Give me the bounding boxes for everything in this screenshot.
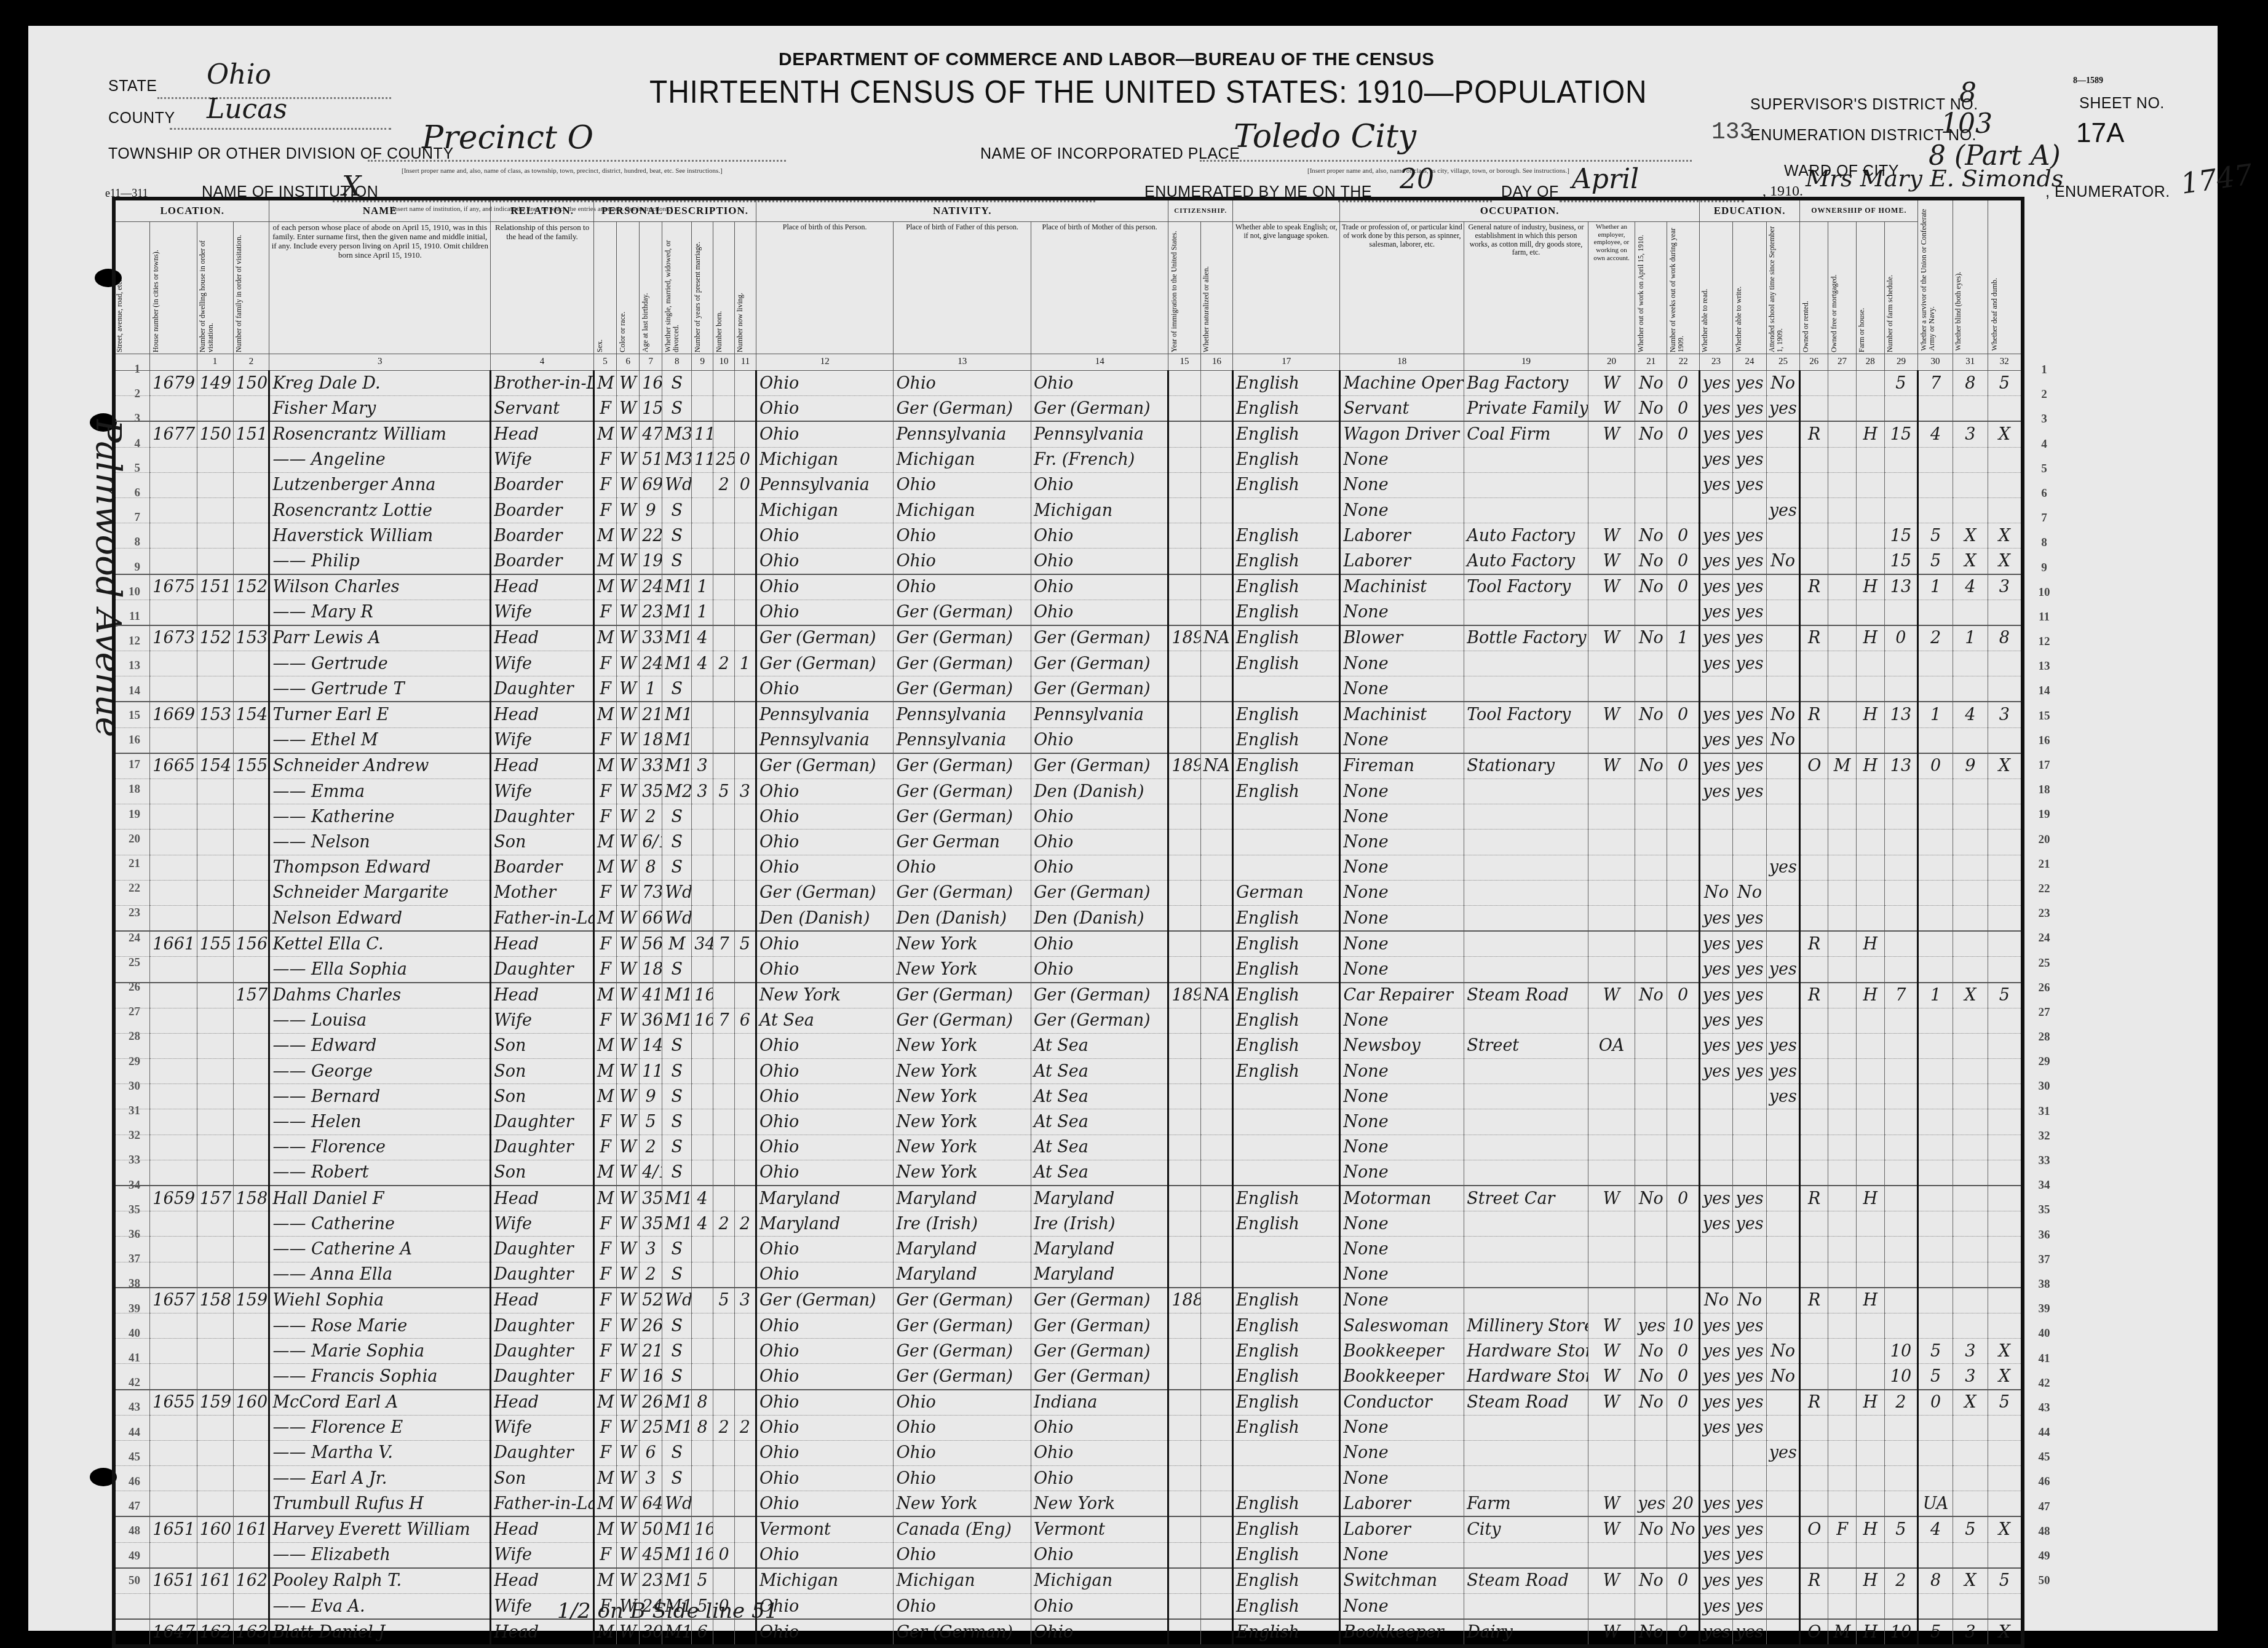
school (1766, 651, 1800, 676)
race: W (617, 1542, 640, 1568)
language: English (1233, 1542, 1340, 1568)
free-mortgaged (1828, 779, 1857, 804)
street-cell (114, 983, 150, 1008)
immigration-year (1168, 1033, 1200, 1058)
sex: F (594, 396, 617, 422)
veteran: 7 (1918, 371, 1953, 396)
trade: None (1340, 1415, 1464, 1440)
weeks-out: 1 (1667, 625, 1699, 651)
school (1766, 1491, 1800, 1517)
person-name: —— Marie Sophia (269, 1339, 491, 1364)
veteran (1918, 1542, 1953, 1568)
language (1233, 1237, 1340, 1262)
out-of-work (1635, 1033, 1667, 1058)
group-name: NAME (269, 199, 491, 222)
children-living: 3 (734, 779, 756, 804)
relationship: Daughter (491, 1339, 594, 1364)
relationship: Head (491, 1568, 594, 1594)
sex: M (594, 830, 617, 855)
age: 6 (640, 1440, 662, 1465)
header-weeks-out: Number of weeks out of work during year … (1667, 222, 1699, 354)
veteran (1918, 957, 1953, 983)
dwelling-number (197, 779, 233, 804)
naturalization: NA (1200, 753, 1232, 779)
father-birthplace: Ger (German) (894, 983, 1031, 1008)
relationship: Head (491, 1186, 594, 1211)
owned-rented (1800, 1135, 1828, 1160)
column-number: 32 (1988, 354, 2023, 371)
birthplace: Ohio (756, 676, 893, 702)
can-read: yes (1699, 396, 1733, 422)
can-write: yes (1733, 1313, 1767, 1338)
dwelling-number (197, 447, 233, 472)
farm-house (1856, 1237, 1884, 1262)
column-number: 18 (1340, 354, 1464, 371)
marital-status: Wd (662, 472, 692, 497)
out-of-work: No (1635, 1619, 1667, 1646)
years-married (692, 1109, 713, 1135)
race: W (617, 1109, 640, 1135)
free-mortgaged (1828, 600, 1857, 625)
marital-status: M1 (662, 753, 692, 779)
mother-birthplace: At Sea (1031, 1084, 1168, 1109)
blind: X (1953, 983, 1988, 1008)
out-of-work: No (1635, 1339, 1667, 1364)
birthplace: Ohio (756, 830, 893, 855)
children-born (713, 830, 735, 855)
employer-status (1588, 1466, 1635, 1491)
children-living: 3 (734, 1288, 756, 1313)
age: 5 (640, 1109, 662, 1135)
census-row: —— ElizabethWifeFW45M1160OhioOhioOhioEng… (114, 1542, 2023, 1568)
veteran (1918, 855, 1953, 880)
veteran (1918, 600, 1953, 625)
employer-status (1588, 1008, 1635, 1033)
language: English (1233, 549, 1340, 574)
farm-house (1856, 1109, 1884, 1135)
years-married: 16 (692, 983, 713, 1008)
birthplace: Ohio (756, 1491, 893, 1517)
marital-status: S (662, 804, 692, 830)
can-write (1733, 1135, 1767, 1160)
farm-house (1856, 1339, 1884, 1364)
census-row: —— FlorenceDaughterFW2SOhioNew YorkAt Se… (114, 1135, 2023, 1160)
person-name: Kreg Dale D. (269, 371, 491, 396)
naturalization (1200, 1288, 1232, 1313)
relationship: Daughter (491, 1135, 594, 1160)
immigration-year (1168, 880, 1200, 905)
out-of-work: No (1635, 1568, 1667, 1594)
census-row: 1661155156Kettel Ella C.HeadFW56M3475Ohi… (114, 931, 2023, 957)
race: W (617, 1568, 640, 1594)
can-write (1733, 1109, 1767, 1135)
naturalization (1200, 651, 1232, 676)
sex: F (594, 931, 617, 957)
children-born (713, 600, 735, 625)
street-cell (114, 1211, 150, 1237)
out-of-work (1635, 1237, 1667, 1262)
house-number: 1669 (150, 702, 197, 727)
school (1766, 1466, 1800, 1491)
person-name: —— Helen (269, 1109, 491, 1135)
deaf-dumb (1988, 804, 2023, 830)
years-married (692, 1491, 713, 1517)
naturalization (1200, 1237, 1232, 1262)
employer-status (1588, 855, 1635, 880)
race: W (617, 1288, 640, 1313)
free-mortgaged (1828, 497, 1857, 523)
can-write: yes (1733, 549, 1767, 574)
family-number (233, 1237, 269, 1262)
veteran (1918, 1186, 1953, 1211)
farm-schedule (1884, 1160, 1918, 1186)
blind (1953, 957, 1988, 983)
language (1233, 855, 1340, 880)
farm-house (1856, 1313, 1884, 1338)
years-married (692, 727, 713, 753)
street-cell (114, 1390, 150, 1416)
census-row: 1665154155Schneider AndrewHeadMW33M13Ger… (114, 753, 2023, 779)
street-cell (114, 880, 150, 905)
industry (1464, 905, 1588, 931)
weeks-out: 0 (1667, 549, 1699, 574)
weeks-out: 0 (1667, 702, 1699, 727)
farm-house (1856, 1008, 1884, 1033)
sex: M (594, 1084, 617, 1109)
deaf-dumb: X (1988, 549, 2023, 574)
industry: Hardware Store (1464, 1364, 1588, 1390)
immigration-year (1168, 931, 1200, 957)
out-of-work (1635, 1211, 1667, 1237)
header-family: Number of family in order of visitation. (233, 222, 269, 354)
immigration-year (1168, 1594, 1200, 1620)
trade: None (1340, 651, 1464, 676)
can-write: yes (1733, 421, 1767, 447)
deaf-dumb: 3 (1988, 702, 2023, 727)
farm-house: H (1856, 1288, 1884, 1313)
free-mortgaged (1828, 855, 1857, 880)
naturalization (1200, 1594, 1232, 1620)
deaf-dumb (1988, 1313, 2023, 1338)
can-read (1699, 804, 1733, 830)
language: German (1233, 880, 1340, 905)
trade: None (1340, 1262, 1464, 1288)
years-married (692, 1033, 713, 1058)
industry: Millinery Store (1464, 1313, 1588, 1338)
farm-schedule (1884, 1542, 1918, 1568)
footnote: 1/2 on B Side line 51 (557, 1599, 778, 1623)
dwelling-number: 161 (197, 1568, 233, 1594)
line-number: 2 (2032, 382, 2056, 407)
line-number: 9 (2032, 556, 2056, 580)
farm-house (1856, 447, 1884, 472)
street-cell (114, 905, 150, 931)
free-mortgaged (1828, 1008, 1857, 1033)
trade: Switchman (1340, 1568, 1464, 1594)
person-name: —— George (269, 1059, 491, 1084)
school: yes (1766, 1440, 1800, 1465)
group-occupation: OCCUPATION. (1340, 199, 1699, 222)
naturalization (1200, 1008, 1232, 1033)
sex: M (594, 625, 617, 651)
school (1766, 600, 1800, 625)
children-born: 7 (713, 1008, 735, 1033)
children-living (734, 1339, 756, 1364)
right-line-numbers: 1234567891011121314151617181920212223242… (2032, 358, 2056, 1593)
mother-birthplace: Ger (German) (1031, 1364, 1168, 1390)
marital-status: M1 (662, 1415, 692, 1440)
age: 35 (640, 1186, 662, 1211)
column-number: 10 (713, 354, 735, 371)
sex: F (594, 957, 617, 983)
farm-schedule (1884, 472, 1918, 497)
census-row: 1655159160McCord Earl AHeadMW26M18OhioOh… (114, 1390, 2023, 1416)
years-married: 4 (692, 1211, 713, 1237)
census-row: Trumbull Rufus HFather-in-LawMW64WdOhioN… (114, 1491, 2023, 1517)
trade: Newsboy (1340, 1033, 1464, 1058)
age: 26 (640, 1390, 662, 1416)
line-number: 16 (2032, 729, 2056, 753)
sex: F (594, 651, 617, 676)
header-owned: Owned or rented. (1800, 222, 1828, 354)
father-birthplace: Ger (German) (894, 1008, 1031, 1033)
deaf-dumb (1988, 447, 2023, 472)
school (1766, 905, 1800, 931)
industry (1464, 779, 1588, 804)
deaf-dumb (1988, 1109, 2023, 1135)
father-birthplace: Pennsylvania (894, 702, 1031, 727)
sex: M (594, 983, 617, 1008)
father-birthplace: Ohio (894, 855, 1031, 880)
street-cell (114, 1568, 150, 1594)
can-write: yes (1733, 983, 1767, 1008)
blind: 8 (1953, 371, 1988, 396)
employer-status: W (1588, 371, 1635, 396)
can-write (1733, 830, 1767, 855)
person-name: —— Ethel M (269, 727, 491, 753)
weeks-out (1667, 1109, 1699, 1135)
incorporated-place-value: Toledo City (1234, 118, 1416, 155)
birthplace: Michigan (756, 447, 893, 472)
industry: Steam Road (1464, 1568, 1588, 1594)
veteran (1918, 1440, 1953, 1465)
out-of-work (1635, 1542, 1667, 1568)
out-of-work (1635, 905, 1667, 931)
line-number: 7 (2032, 506, 2056, 531)
marital-status: M1 (662, 1390, 692, 1416)
immigration-year: 1898 (1168, 625, 1200, 651)
blind (1953, 651, 1988, 676)
street-cell (114, 549, 150, 574)
children-born (713, 1491, 735, 1517)
marital-status: S (662, 1059, 692, 1084)
line-number: 6 (2032, 481, 2056, 506)
relationship: Brother-in-Law (491, 371, 594, 396)
owned-rented: R (1800, 931, 1828, 957)
owned-rented (1800, 1415, 1828, 1440)
relationship: Wife (491, 1008, 594, 1033)
farm-house (1856, 1594, 1884, 1620)
house-number (150, 651, 197, 676)
census-row: —— GertrudeWifeFW24M1421Ger (German)Ger … (114, 651, 2023, 676)
blind (1953, 880, 1988, 905)
person-name: —— Elizabeth (269, 1542, 491, 1568)
children-born (713, 396, 735, 422)
weeks-out (1667, 1084, 1699, 1109)
can-read (1699, 1440, 1733, 1465)
deaf-dumb: 5 (1988, 1390, 2023, 1416)
deaf-dumb (1988, 1415, 2023, 1440)
immigration-year (1168, 1059, 1200, 1084)
can-write: yes (1733, 1059, 1767, 1084)
out-of-work: No (1635, 702, 1667, 727)
language (1233, 1109, 1340, 1135)
farm-schedule (1884, 497, 1918, 523)
house-number (150, 676, 197, 702)
years-married: 3 (692, 779, 713, 804)
children-born (713, 1186, 735, 1211)
owned-rented: R (1800, 1288, 1828, 1313)
veteran: UA (1918, 1491, 1953, 1517)
children-living (734, 523, 756, 549)
family-number (233, 1491, 269, 1517)
birthplace: Ohio (756, 1262, 893, 1288)
can-read (1699, 855, 1733, 880)
marital-status: S (662, 523, 692, 549)
street-cell (114, 600, 150, 625)
weeks-out (1667, 447, 1699, 472)
census-row: —— Martha V.DaughterFW6SOhioOhioOhioNone… (114, 1440, 2023, 1465)
trade: None (1340, 779, 1464, 804)
person-name: Pooley Ralph T. (269, 1568, 491, 1594)
can-write: yes (1733, 905, 1767, 931)
veteran (1918, 1008, 1953, 1033)
street-cell (114, 1415, 150, 1440)
immigration-year (1168, 1313, 1200, 1338)
language (1233, 1466, 1340, 1491)
owned-rented (1800, 1313, 1828, 1338)
can-read: yes (1699, 1516, 1733, 1542)
owned-rented (1800, 651, 1828, 676)
employer-status (1588, 1211, 1635, 1237)
line-number: 50 (2032, 1569, 2056, 1593)
family-number (233, 1109, 269, 1135)
veteran (1918, 830, 1953, 855)
out-of-work: No (1635, 1364, 1667, 1390)
line-number: 31 (2032, 1099, 2056, 1124)
owned-rented (1800, 1211, 1828, 1237)
children-born (713, 880, 735, 905)
language (1233, 804, 1340, 830)
industry (1464, 804, 1588, 830)
mother-birthplace: Ger (German) (1031, 1339, 1168, 1364)
farm-schedule (1884, 1466, 1918, 1491)
line-number: 36 (2032, 1223, 2056, 1248)
relationship: Son (491, 1466, 594, 1491)
naturalization (1200, 1211, 1232, 1237)
farm-schedule: 13 (1884, 574, 1918, 600)
farm-schedule (1884, 1109, 1918, 1135)
dwelling-number: 162 (197, 1619, 233, 1646)
language (1233, 1084, 1340, 1109)
house-number (150, 1262, 197, 1288)
relationship: Head (491, 574, 594, 600)
children-living (734, 1160, 756, 1186)
father-birthplace: Ger (German) (894, 1364, 1031, 1390)
column-number: 5 (594, 354, 617, 371)
trade: Bookkeeper (1340, 1619, 1464, 1646)
free-mortgaged (1828, 983, 1857, 1008)
owned-rented: R (1800, 983, 1828, 1008)
children-living (734, 1033, 756, 1058)
owned-rented (1800, 600, 1828, 625)
blind (1953, 1008, 1988, 1033)
dwelling-number (197, 676, 233, 702)
immigration-year (1168, 676, 1200, 702)
children-born (713, 549, 735, 574)
years-married (692, 1059, 713, 1084)
naturalization (1200, 1160, 1232, 1186)
race: W (617, 1033, 640, 1058)
farm-house (1856, 1440, 1884, 1465)
census-row: 1659157158Hall Daniel FHeadMW35M14Maryla… (114, 1186, 2023, 1211)
census-row: —— Anna EllaDaughterFW2SOhioMarylandMary… (114, 1262, 2023, 1288)
father-birthplace: Ohio (894, 549, 1031, 574)
house-number: 1679 (150, 371, 197, 396)
school: No (1766, 1364, 1800, 1390)
dwelling-number: 152 (197, 625, 233, 651)
race: W (617, 600, 640, 625)
marital-status: S (662, 957, 692, 983)
street-cell (114, 371, 150, 396)
age: 4/12 (640, 1160, 662, 1186)
house-number (150, 1109, 197, 1135)
relationship: Servant (491, 396, 594, 422)
street-cell (114, 804, 150, 830)
years-married: 34 (692, 931, 713, 957)
line-number: 34 (2032, 1173, 2056, 1198)
mother-birthplace: Maryland (1031, 1262, 1168, 1288)
employer-status: W (1588, 421, 1635, 447)
dwelling-number (197, 523, 233, 549)
family-number (233, 804, 269, 830)
township-value: Precinct O (422, 119, 593, 156)
line-number: 20 (2032, 828, 2056, 852)
immigration-year (1168, 549, 1200, 574)
mother-birthplace: Ohio (1031, 727, 1168, 753)
school: No (1766, 1339, 1800, 1364)
age: 9 (640, 497, 662, 523)
age: 23 (640, 1568, 662, 1594)
language: English (1233, 1033, 1340, 1058)
street-cell (114, 574, 150, 600)
out-of-work: No (1635, 421, 1667, 447)
years-married (692, 1135, 713, 1160)
line-number: 28 (2032, 1025, 2056, 1050)
family-number: 157 (233, 983, 269, 1008)
out-of-work: No (1635, 396, 1667, 422)
industry (1464, 1440, 1588, 1465)
farm-schedule: 15 (1884, 421, 1918, 447)
can-read: yes (1699, 1619, 1733, 1646)
blind: 1 (1953, 625, 1988, 651)
can-write: yes (1733, 1491, 1767, 1517)
free-mortgaged (1828, 371, 1857, 396)
census-row: —— Florence EWifeFW25M1822OhioOhioOhioEn… (114, 1415, 2023, 1440)
column-number: 28 (1856, 354, 1884, 371)
column-number-row: 1234567891011121314151617181920212223242… (114, 354, 2023, 371)
naturalization (1200, 523, 1232, 549)
